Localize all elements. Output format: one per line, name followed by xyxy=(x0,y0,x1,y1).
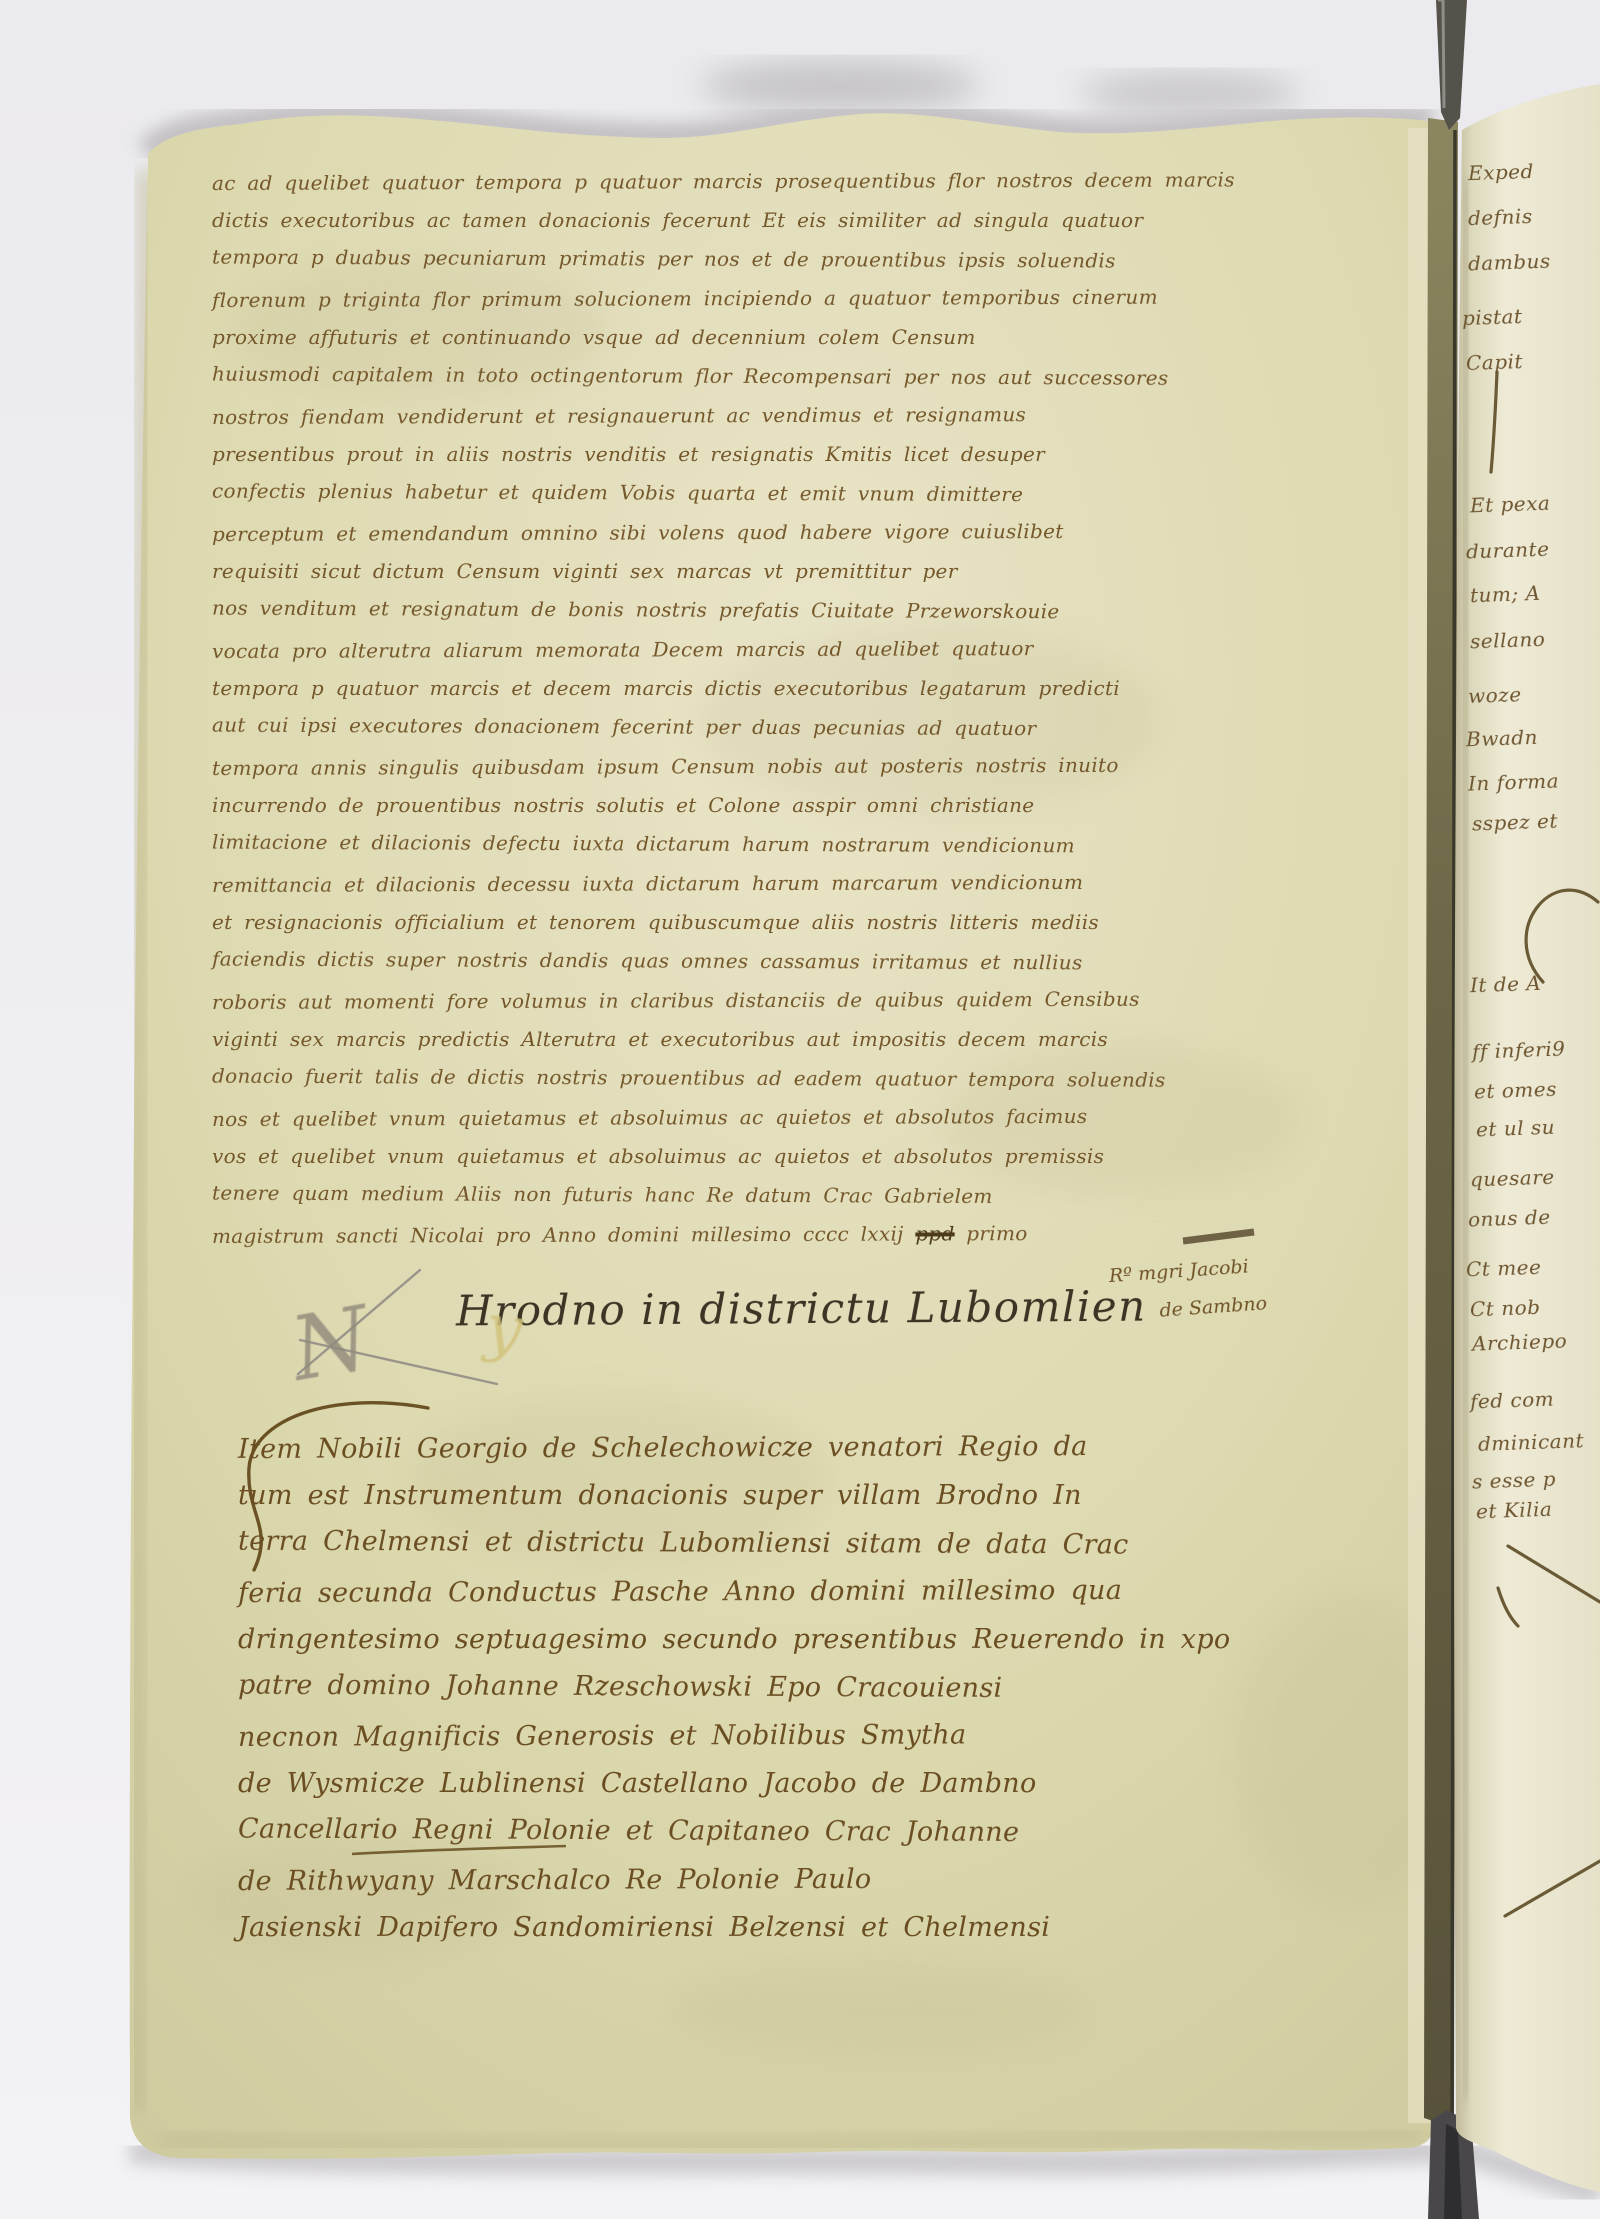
manuscript-line: aut cui ipsi executores donacionem fecer… xyxy=(212,706,1342,750)
manuscript-line: nos venditum et resignatum de bonis nost… xyxy=(212,589,1342,633)
manuscript-scan: ac ad quelibet quatuor tempora p quatuor… xyxy=(0,0,1600,2219)
manuscript-line: tum est Instrumentum donacionis super vi… xyxy=(238,1472,1378,1520)
cancelled-word: ppd xyxy=(915,1221,954,1245)
manuscript-line: proxime affuturis et continuando vsque a… xyxy=(212,318,1342,357)
manuscript-line: remittancia et dilacionis decessu iuxta … xyxy=(212,862,1342,905)
main-text-paragraph-2: Item Nobili Georgio de Schelechowicze ve… xyxy=(238,1424,1378,1952)
manuscript-line: huiusmodi capitalem in toto octingentoru… xyxy=(212,355,1342,399)
main-text-paragraph-1: ac ad quelibet quatuor tempora p quatuor… xyxy=(212,162,1342,1254)
manuscript-line: necnon Magnificis Generosis et Nobilibus… xyxy=(238,1710,1378,1762)
manuscript-line: tenere quam medium Aliis non futuris han… xyxy=(212,1174,1342,1218)
manuscript-line: feria secunda Conductus Pasche Anno domi… xyxy=(238,1566,1378,1618)
manuscript-line: tempora p duabus pecuniarum primatis per… xyxy=(212,238,1342,282)
right-page xyxy=(1454,84,1600,2192)
manuscript-line: donacio fuerit talis de dictis nostris p… xyxy=(212,1057,1342,1101)
manuscript-line: patre domino Johanne Rzeschowski Epo Cra… xyxy=(238,1662,1378,1715)
registration-mark-flourish: y xyxy=(482,1290,526,1367)
manuscript-line: confectis plenius habetur et quidem Vobi… xyxy=(212,472,1342,516)
right-page-curve-shade xyxy=(1464,180,1469,2100)
manuscript-line: ac ad quelibet quatuor tempora p quatuor… xyxy=(212,160,1342,203)
manuscript-line: de Rithwyany Marschalco Re Polonie Paulo xyxy=(238,1854,1378,1906)
manuscript-line: Item Nobili Georgio de Schelechowicze ve… xyxy=(238,1422,1378,1474)
manuscript-line: Cancellario Regni Polonie et Capitaneo C… xyxy=(238,1806,1378,1859)
manuscript-line: terra Chelmensi et districtu Lubomliensi… xyxy=(238,1518,1378,1571)
manuscript-line: Jasienski Dapifero Sandomiriensi Belzens… xyxy=(238,1904,1378,1952)
manuscript-line: incurrendo de prouentibus nostris soluti… xyxy=(212,786,1342,825)
manuscript-line: tempora p quatuor marcis et decem marcis… xyxy=(212,669,1342,708)
manuscript-line: tempora annis singulis quibusdam ipsum C… xyxy=(212,745,1342,788)
manuscript-line: viginti sex marcis predictis Alterutra e… xyxy=(212,1020,1342,1059)
manuscript-line: requisiti sicut dictum Censum viginti se… xyxy=(212,552,1342,591)
manuscript-line: dringentesimo septuagesimo secundo prese… xyxy=(238,1616,1378,1664)
manuscript-line: nostros fiendam vendiderunt et resignaue… xyxy=(212,394,1342,437)
left-page-edge-shade xyxy=(135,170,146,2110)
manuscript-line: nos et quelibet vnum quietamus et absolu… xyxy=(212,1096,1342,1139)
manuscript-line: vocata pro alterutra aliarum memorata De… xyxy=(212,628,1342,671)
manuscript-line: perceptum et emendandum omnino sibi vole… xyxy=(212,511,1342,554)
manuscript-line: de Wysmicze Lublinensi Castellano Jacobo… xyxy=(238,1760,1378,1808)
manuscript-line: magistrum sancti Nicolai pro Anno domini… xyxy=(212,1213,1342,1256)
manuscript-line: presentibus prout in aliis nostris vendi… xyxy=(212,435,1342,474)
manuscript-line: limitacione et dilacionis defectu iuxta … xyxy=(212,823,1342,867)
manuscript-line: roboris aut momenti fore volumus in clar… xyxy=(212,979,1342,1022)
manuscript-line: et resignacionis officialium et tenorem … xyxy=(212,903,1342,942)
manuscript-line: vos et quelibet vnum quietamus et absolu… xyxy=(212,1137,1342,1176)
page-top-shadow-bump xyxy=(1080,72,1300,116)
section-heading: Hrodno in districtu Lubomlien xyxy=(456,1282,1147,1336)
manuscript-line: dictis executoribus ac tamen donacionis … xyxy=(212,201,1342,240)
page-top-shadow-bump xyxy=(700,60,980,112)
manuscript-line: faciendis dictis super nostris dandis qu… xyxy=(212,940,1342,984)
manuscript-line: florenum p triginta flor primum solucion… xyxy=(212,277,1342,320)
